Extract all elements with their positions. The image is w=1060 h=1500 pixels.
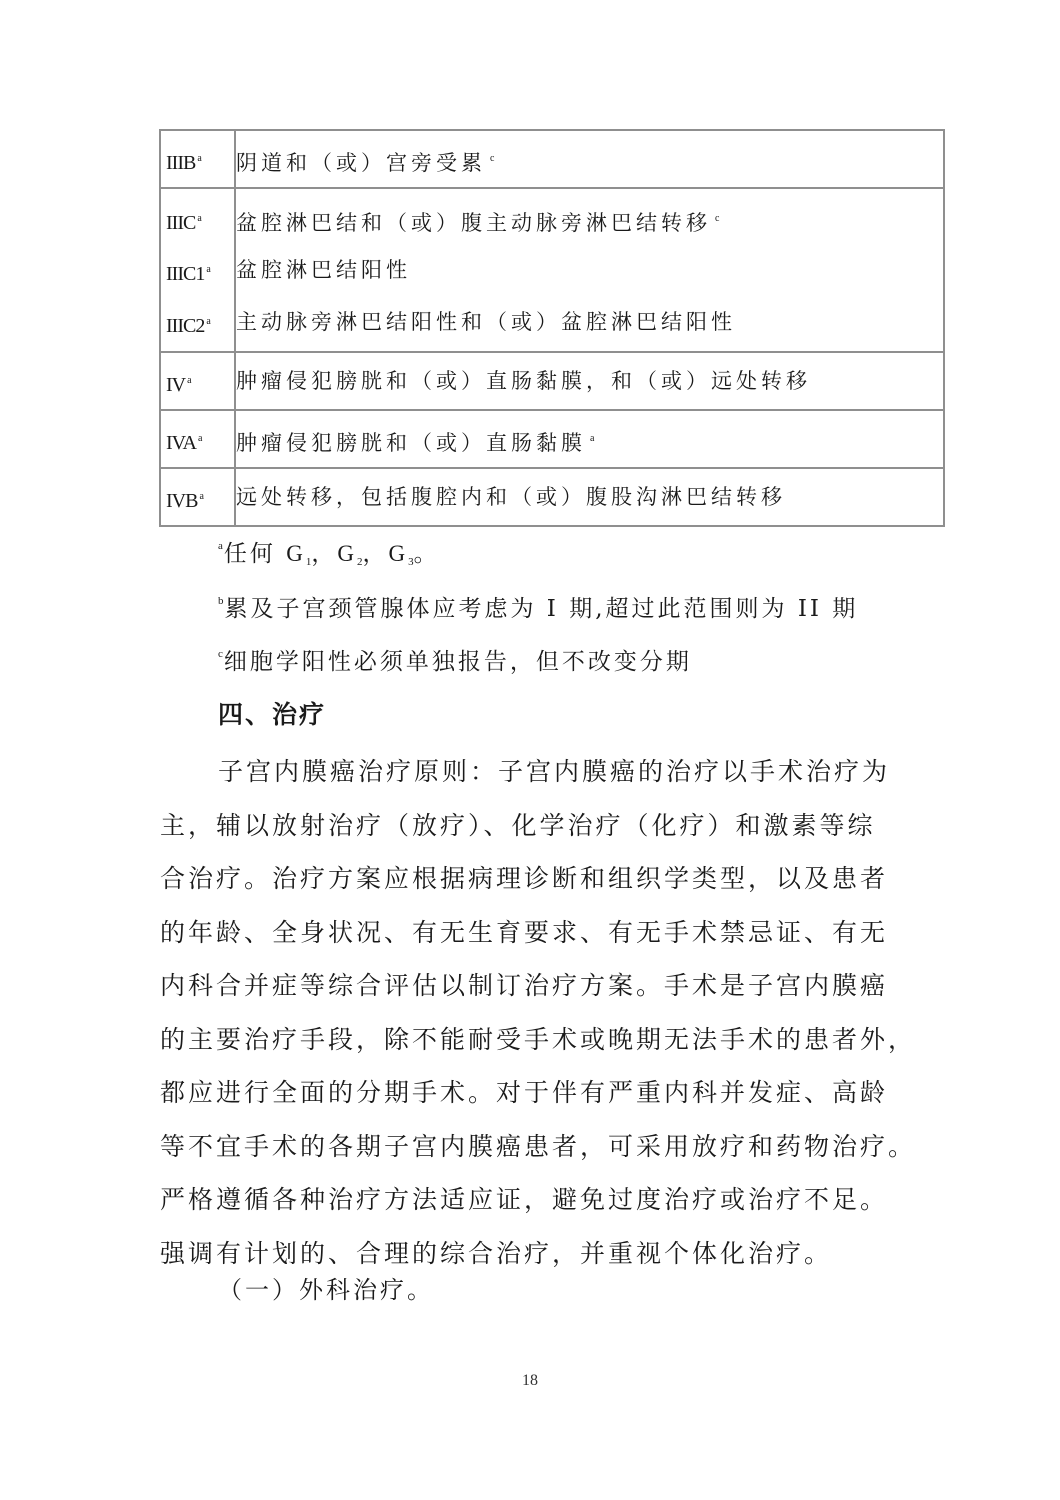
paragraph-line: 的年龄、全身状况、有无生育要求、有无手术禁忌证、有无: [160, 906, 900, 960]
stage-code: IV: [166, 357, 185, 413]
paragraph-line: 主，辅以放射治疗（放疗）、化学治疗（化疗）和激素等综: [160, 799, 900, 853]
description-cell: 盆腔淋巴结和（或）腹主动脉旁淋巴结转移c 盆腔淋巴结阳性 主动脉旁淋巴结阳性和（…: [235, 188, 944, 352]
stage-cell: IIICa IIIC1a IIIC2a: [160, 188, 235, 352]
paragraph-line: 严格遵循各种治疗方法适应证，避免过度治疗或治疗不足。: [160, 1173, 900, 1227]
subsection-heading: （一）外科治疗。: [218, 1270, 434, 1305]
footnote-mark: a: [218, 540, 223, 552]
description-footnote-mark: c: [490, 153, 494, 164]
stage-footnote-mark: a: [206, 316, 210, 327]
stage-code: IIIC1: [166, 247, 204, 301]
separator: ，: [362, 541, 388, 567]
stage-cell: IVBa: [160, 468, 235, 526]
footnote-mark: b: [218, 595, 224, 607]
grade-label: G: [337, 541, 357, 566]
description-footnote-mark: a: [590, 433, 594, 444]
stage-cell: IIIBa: [160, 130, 235, 188]
stage-footnote-mark: a: [206, 264, 210, 275]
separator: 。: [414, 541, 440, 567]
stage-footnote-mark: a: [199, 491, 203, 502]
separator: ，: [311, 541, 337, 567]
table-row: IIIBa 阴道和（或）宫旁受累c: [160, 130, 944, 188]
stage-code: IIIC2: [166, 301, 204, 351]
footnote-text: 细胞学阳性必须单独报告，但不改变分期: [224, 649, 692, 675]
stage-footnote-mark: a: [198, 433, 202, 444]
staging-table: IIIBa 阴道和（或）宫旁受累c IIICa IIIC1a IIIC2a 盆腔…: [159, 129, 945, 527]
paragraph-line: 子宫内膜癌治疗原则：子宫内膜癌的治疗以手术治疗为: [160, 745, 900, 799]
footnote-c: c细胞学阳性必须单独报告，但不改变分期: [218, 643, 692, 676]
paragraph-line: 的主要治疗手段，除不能耐受手术或晚期无法手术的患者外，: [160, 1013, 900, 1067]
grade-label: G: [388, 541, 408, 566]
stage-cell: IVAa: [160, 410, 235, 468]
stage-description: 盆腔淋巴结阳性: [236, 258, 411, 282]
document-page: IIIBa 阴道和（或）宫旁受累c IIICa IIIC1a IIIC2a 盆腔…: [0, 0, 1060, 1500]
footnote-b: b累及子宫颈管腺体应考虑为 I 期,超过此范围则为 II 期: [218, 590, 858, 623]
description-cell: 远处转移，包括腹腔内和（或）腹股沟淋巴结转移: [235, 468, 944, 526]
grade-label: G: [286, 541, 306, 566]
paragraph-line: 都应进行全面的分期手术。对于伴有严重内科并发症、高龄: [160, 1066, 900, 1120]
paragraph-line: 合治疗。治疗方案应根据病理诊断和组织学类型，以及患者: [160, 852, 900, 906]
stage-code: IVB: [166, 473, 197, 529]
section-heading: 四、治疗: [218, 695, 326, 731]
description-cell: 阴道和（或）宫旁受累c: [235, 130, 944, 188]
stage-description: 主动脉旁淋巴结阳性和（或）盆腔淋巴结阳性: [236, 310, 736, 334]
paragraph-line: 内科合并症等综合评估以制订治疗方案。手术是子宫内膜癌: [160, 959, 900, 1013]
footnote-text: 累及子宫颈管腺体应考虑为 I 期,超过此范围则为 II 期: [225, 596, 859, 622]
page-number: 18: [0, 1372, 1060, 1390]
footnote-a: a任何 G1，G2，G3。: [218, 535, 440, 568]
description-cell: 肿瘤侵犯膀胱和（或）直肠黏膜，和（或）远处转移: [235, 352, 944, 410]
table-row: IVa 肿瘤侵犯膀胱和（或）直肠黏膜，和（或）远处转移: [160, 352, 944, 410]
stage-description: 肿瘤侵犯膀胱和（或）直肠黏膜: [236, 431, 586, 455]
description-cell: 肿瘤侵犯膀胱和（或）直肠黏膜a: [235, 410, 944, 468]
stage-code: IVA: [166, 415, 196, 471]
stage-footnote-mark: a: [197, 153, 201, 164]
stage-description: 远处转移，包括腹腔内和（或）腹股沟淋巴结转移: [236, 485, 786, 509]
stage-code: IIIB: [166, 135, 195, 191]
paragraph-line: 等不宜手术的各期子宫内膜癌患者，可采用放疗和药物治疗。: [160, 1120, 900, 1174]
table-row: IVAa 肿瘤侵犯膀胱和（或）直肠黏膜a: [160, 410, 944, 468]
footnote-text: 任何: [224, 541, 286, 567]
stage-description: 肿瘤侵犯膀胱和（或）直肠黏膜，和（或）远处转移: [236, 369, 811, 393]
description-footnote-mark: c: [715, 213, 719, 224]
stage-description: 阴道和（或）宫旁受累: [236, 151, 486, 175]
body-paragraph: 子宫内膜癌治疗原则：子宫内膜癌的治疗以手术治疗为 主，辅以放射治疗（放疗）、化学…: [160, 745, 900, 1280]
stage-description: 盆腔淋巴结和（或）腹主动脉旁淋巴结转移: [236, 211, 711, 235]
table-row: IIICa IIIC1a IIIC2a 盆腔淋巴结和（或）腹主动脉旁淋巴结转移c…: [160, 188, 944, 352]
table-row: IVBa 远处转移，包括腹腔内和（或）腹股沟淋巴结转移: [160, 468, 944, 526]
stage-footnote-mark: a: [197, 213, 201, 224]
stage-cell: IVa: [160, 352, 235, 410]
footnote-mark: c: [218, 648, 223, 660]
stage-footnote-mark: a: [187, 375, 191, 386]
